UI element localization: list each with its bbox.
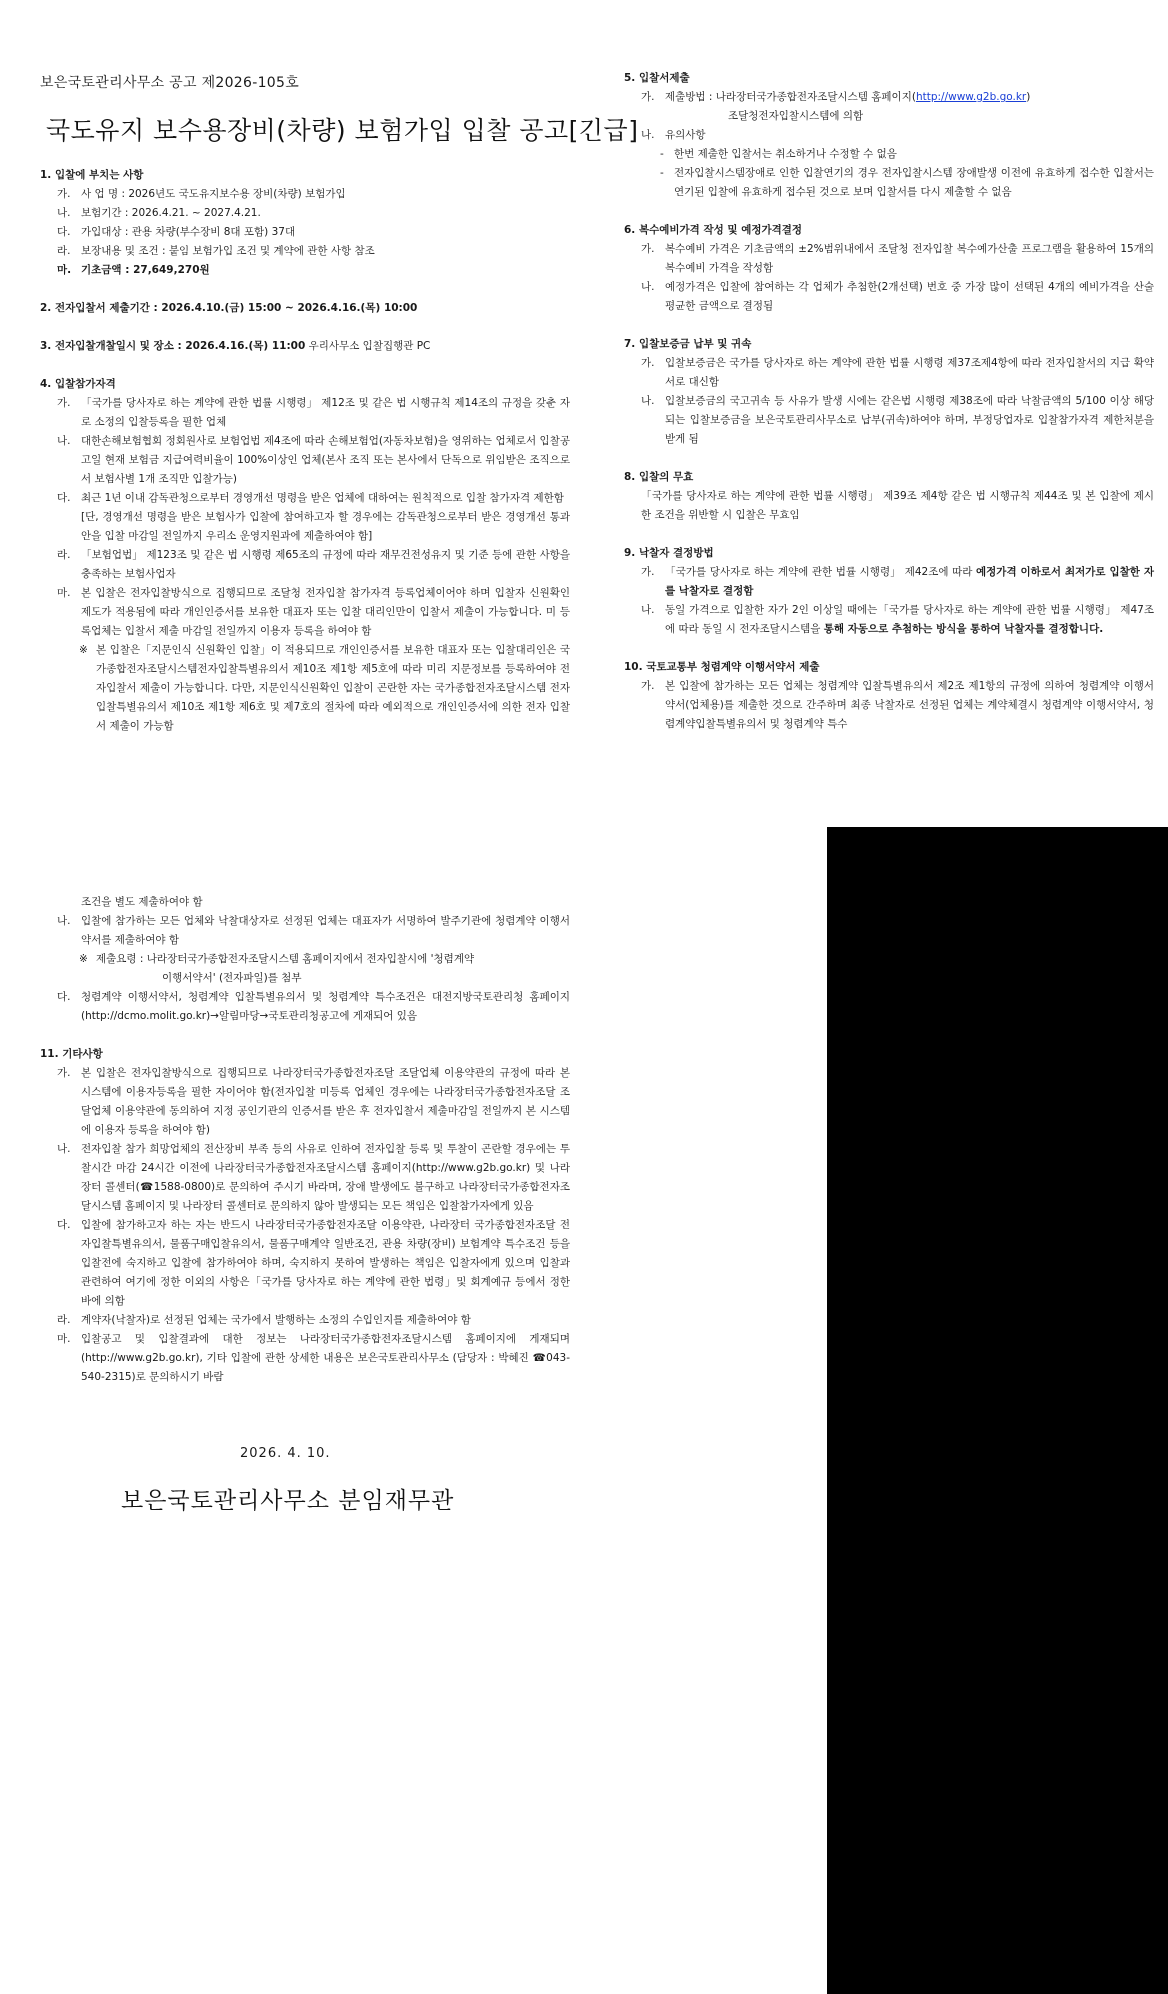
item-text: 보장내용 및 조건 : 붙임 보험가입 조건 및 계약에 관한 사항 참조 <box>81 242 570 261</box>
item-marker: 나. <box>641 601 665 639</box>
item-marker: 나. <box>57 912 81 950</box>
item-marker: 가. <box>641 88 665 107</box>
item-text: [단, 경영개선 명령을 받은 보험사가 입찰에 참여하고자 할 경우에는 감독… <box>81 508 570 546</box>
item-text: 입찰보증금은 국가를 당사자로 하는 계약에 관한 법률 시행령 제37조제4항… <box>665 354 1154 392</box>
item-marker: 가. <box>57 185 81 204</box>
item-text: 전자입찰 참가 희망업체의 전산장비 부족 등의 사유로 인하여 전자입찰 등록… <box>81 1140 570 1216</box>
base-amount-item: 마.기초금액 : 27,649,270원 <box>40 261 570 280</box>
section-5: 5. 입찰서제출 가. 제출방법 : 나라장터국가종합전자조달시스템 홈페이지(… <box>624 69 1154 202</box>
section-title: 5. 입찰서제출 <box>624 69 1154 88</box>
item-marker: 다. <box>57 1216 81 1311</box>
list-item: 마.본 입찰은 전자입찰방식으로 집행되므로 조달청 전자입찰 참가자격 등록업… <box>40 584 570 641</box>
item-marker <box>57 508 81 546</box>
list-item-note: [단, 경영개선 명령을 받은 보험사가 입찰에 참여하고자 할 경우에는 감독… <box>40 508 570 546</box>
list-item: 나.예정가격은 입찰에 참여하는 각 업체가 추첨한(2개선택) 번호 중 가장… <box>624 278 1154 316</box>
item-text: 대한손해보험협회 정회원사로 보험업법 제4조에 따라 손해보험업(자동차보험)… <box>81 432 570 489</box>
item-text: 동일 가격으로 입찰한 자가 2인 이상일 때에는「국가를 당사자로 하는 계약… <box>665 601 1154 639</box>
item-text: 보험기간 : 2026.4.21. ~ 2027.4.21. <box>81 204 570 223</box>
list-item: 가.사 업 명 : 2026년도 국도유지보수용 장비(차량) 보험가입 <box>40 185 570 204</box>
item-text: 예정가격은 입찰에 참여하는 각 업체가 추첨한(2개선택) 번호 중 가장 많… <box>665 278 1154 316</box>
list-item: 가.본 입찰에 참가하는 모든 업체는 청렴계약 입찰특별유의서 제2조 제1항… <box>624 677 1154 734</box>
dash-item: -한번 제출한 입찰서는 취소하거나 수정할 수 없음 <box>624 145 1154 164</box>
section-title: 9. 낙찰자 결정방법 <box>624 544 1154 563</box>
section-4: 4. 입찰참가자격 가.「국가를 당사자로 하는 계약에 관한 법률 시행령」 … <box>40 375 570 736</box>
left-column-page2: 조건을 별도 제출하여야 함 나.입찰에 참가하는 모든 업체와 낙찰대상자로 … <box>40 893 570 1406</box>
item-text: 입찰보증금의 국고귀속 등 사유가 발생 시에는 같은법 시행령 제38조에 따… <box>665 392 1154 449</box>
item-text-plain: 「국가를 당사자로 하는 계약에 관한 법률 시행령」 제42조에 따라 <box>665 566 976 578</box>
item-marker: 가. <box>57 394 81 432</box>
list-item: 다.청렴계약 이행서약서, 청렴계약 입찰특별유의서 및 청렴계약 특수조건은 … <box>40 988 570 1026</box>
section-10: 10. 국토교통부 청렴계약 이행서약서 제출 가.본 입찰에 참가하는 모든 … <box>624 658 1154 734</box>
black-redaction-block <box>827 827 1168 1994</box>
section-8: 8. 입찰의 무효 「국가를 당사자로 하는 계약에 관한 법률 시행령」 제3… <box>624 468 1154 525</box>
dash-icon: - <box>660 145 674 164</box>
section-1: 1. 입찰에 부치는 사항 가.사 업 명 : 2026년도 국도유지보수용 장… <box>40 166 570 280</box>
item-text: 유의사항 <box>665 126 1154 145</box>
item-text: 입찰공고 및 입찰결과에 대한 정보는 나라장터국가종합전자조달시스템 홈페이지… <box>81 1330 570 1387</box>
section-3: 3. 전자입찰개찰일시 및 장소 : 2026.4.16.(목) 11:00 우… <box>40 337 570 356</box>
item-text: 「국가를 당사자로 하는 계약에 관한 법률 시행령」 제12조 및 같은 법 … <box>81 394 570 432</box>
section-7: 7. 입찰보증금 납부 및 귀속 가.입찰보증금은 국가를 당사자로 하는 계약… <box>624 335 1154 449</box>
item-marker: 나. <box>57 432 81 489</box>
section-title: 1. 입찰에 부치는 사항 <box>40 166 570 185</box>
signer-title: 보은국토관리사무소 분임재무관 <box>121 1482 454 1515</box>
fingerprint-note: ※본 입찰은「지문인식 신원확인 입찰」이 적용되므로 개인인증서를 보유한 대… <box>40 641 570 736</box>
item-marker: 가. <box>641 354 665 392</box>
list-item: 나.입찰보증금의 국고귀속 등 사유가 발생 시에는 같은법 시행령 제38조에… <box>624 392 1154 449</box>
item-text: 입찰에 참가하는 모든 업체와 낙찰대상자로 선정된 업체는 대표자가 서명하여… <box>81 912 570 950</box>
item-text: 본 입찰은 전자입찰방식으로 집행되므로 조달청 전자입찰 참가자격 등록업체이… <box>81 584 570 641</box>
section-6: 6. 복수예비가격 작성 및 예정가격결정 가.복수예비 가격은 기초금액의 ±… <box>624 221 1154 316</box>
list-item: 라.「보험업법」 제123조 및 같은 법 시행령 제65조의 규정에 따라 재… <box>40 546 570 584</box>
item-text: 전자입찰시스템장애로 인한 입찰연기의 경우 전자입찰시스템 장애발생 이전에 … <box>674 164 1154 202</box>
reference-mark-icon: ※ <box>79 641 96 736</box>
section-title: 11. 기타사항 <box>40 1045 570 1064</box>
section-title: 6. 복수예비가격 작성 및 예정가격결정 <box>624 221 1154 240</box>
section-9: 9. 낙찰자 결정방법 가.「국가를 당사자로 하는 계약에 관한 법률 시행령… <box>624 544 1154 639</box>
item-marker: 다. <box>57 988 81 1026</box>
item-text: 계약자(낙찰자)로 선정된 업체는 국가에서 발행하는 소정의 수입인지를 제출… <box>81 1311 570 1330</box>
item-text: 본 입찰에 참가하는 모든 업체는 청렴계약 입찰특별유의서 제2조 제1항의 … <box>665 677 1154 734</box>
section-title: 3. 전자입찰개찰일시 및 장소 : 2026.4.16.(목) 11:00 <box>40 340 305 352</box>
list-item: 나.동일 가격으로 입찰한 자가 2인 이상일 때에는「국가를 당사자로 하는 … <box>624 601 1154 639</box>
item-marker: 나. <box>57 1140 81 1216</box>
right-column-page1: 5. 입찰서제출 가. 제출방법 : 나라장터국가종합전자조달시스템 홈페이지(… <box>624 69 1154 753</box>
list-item: 다.가입대상 : 관용 차량(부수장비 8대 포함) 37대 <box>40 223 570 242</box>
list-item: 가.복수예비 가격은 기초금액의 ±2%범위내에서 조달청 전자입찰 복수예가산… <box>624 240 1154 278</box>
g2b-link[interactable]: http://www.g2b.go.kr <box>916 91 1026 103</box>
section-2: 2. 전자입찰서 제출기간 : 2026.4.10.(금) 15:00 ~ 20… <box>40 299 570 318</box>
item-text: 청렴계약 이행서약서, 청렴계약 입찰특별유의서 및 청렴계약 특수조건은 대전… <box>81 988 570 1026</box>
list-item: 가.「국가를 당사자로 하는 계약에 관한 법률 시행령」 제12조 및 같은 … <box>40 394 570 432</box>
item-text-emphasis: 통해 자동으로 추첨하는 방식을 통하여 낙찰자를 결정합니다. <box>824 623 1104 635</box>
list-item: 가.「국가를 당사자로 하는 계약에 관한 법률 시행령」 제42조에 따라 예… <box>624 563 1154 601</box>
item-marker: 다. <box>57 223 81 242</box>
list-item: 나.전자입찰 참가 희망업체의 전산장비 부족 등의 사유로 인하여 전자입찰 … <box>40 1140 570 1216</box>
document-title: 국도유지 보수용장비(차량) 보험가입 입찰 공고[긴급] <box>46 111 638 147</box>
section-title: 7. 입찰보증금 납부 및 귀속 <box>624 335 1154 354</box>
list-item: 나.입찰에 참가하는 모든 업체와 낙찰대상자로 선정된 업체는 대표자가 서명… <box>40 912 570 950</box>
item-text: 「국가를 당사자로 하는 계약에 관한 법률 시행령」 제42조에 따라 예정가… <box>665 563 1154 601</box>
item-continuation: 조건을 별도 제출하여야 함 <box>40 893 570 912</box>
section-title-rest: 우리사무소 입찰집행관 PC <box>305 340 430 352</box>
reference-mark-icon: ※ <box>79 950 96 969</box>
item-marker: 마. <box>57 1330 81 1387</box>
list-item: 라.보장내용 및 조건 : 붙임 보험가입 조건 및 계약에 관한 사항 참조 <box>40 242 570 261</box>
list-item: 가. 제출방법 : 나라장터국가종합전자조달시스템 홈페이지(http://ww… <box>624 88 1154 107</box>
dash-item: -전자입찰시스템장애로 인한 입찰연기의 경우 전자입찰시스템 장애발생 이전에… <box>624 164 1154 202</box>
item-marker: 다. <box>57 489 81 508</box>
section-text: 「국가를 당사자로 하는 계약에 관한 법률 시행령」 제39조 제4항 같은 … <box>624 487 1154 525</box>
item-marker: 나. <box>57 204 81 223</box>
notice-number: 보은국토관리사무소 공고 제2026-105호 <box>40 72 299 92</box>
item-marker: 가. <box>641 240 665 278</box>
item-marker: 마. <box>57 584 81 641</box>
item-marker: 마. <box>57 261 81 280</box>
item-marker: 라. <box>57 242 81 261</box>
item-text: 제출방법 : 나라장터국가종합전자조달시스템 홈페이지(http://www.g… <box>665 88 1154 107</box>
left-column-page1: 1. 입찰에 부치는 사항 가.사 업 명 : 2026년도 국도유지보수용 장… <box>40 166 570 755</box>
section-title: 10. 국토교통부 청렴계약 이행서약서 제출 <box>624 658 1154 677</box>
item-text: 「보험업법」 제123조 및 같은 법 시행령 제65조의 규정에 따라 재무건… <box>81 546 570 584</box>
section-10-continued: 조건을 별도 제출하여야 함 나.입찰에 참가하는 모든 업체와 낙찰대상자로 … <box>40 893 570 1026</box>
item-marker: 가. <box>641 563 665 601</box>
list-item: 가.본 입찰은 전자입찰방식으로 집행되므로 나라장터국가종합전자조달 조달업체… <box>40 1064 570 1140</box>
paren-close: ) <box>1026 91 1030 103</box>
item-continuation: 조달청전자입찰시스템에 의함 <box>624 107 1154 126</box>
note-text: 제출요령 : 나라장터국가종합전자조달시스템 홈페이지에서 전자입찰시에 '청렴… <box>96 950 570 969</box>
submission-method-label: 제출방법 : 나라장터국가종합전자조달시스템 홈페이지( <box>665 91 916 103</box>
item-marker: 나. <box>641 278 665 316</box>
section-title: 8. 입찰의 무효 <box>624 468 1154 487</box>
list-item: 가.입찰보증금은 국가를 당사자로 하는 계약에 관한 법률 시행령 제37조제… <box>624 354 1154 392</box>
item-text: 사 업 명 : 2026년도 국도유지보수용 장비(차량) 보험가입 <box>81 185 570 204</box>
item-marker: 라. <box>57 546 81 584</box>
item-text: 가입대상 : 관용 차량(부수장비 8대 포함) 37대 <box>81 223 570 242</box>
list-item: 라.계약자(낙찰자)로 선정된 업체는 국가에서 발행하는 소정의 수입인지를 … <box>40 1311 570 1330</box>
section-title: 4. 입찰참가자격 <box>40 375 570 394</box>
item-text: 복수예비 가격은 기초금액의 ±2%범위내에서 조달청 전자입찰 복수예가산출 … <box>665 240 1154 278</box>
list-item: 나.유의사항 <box>624 126 1154 145</box>
item-marker: 나. <box>641 126 665 145</box>
section-title: 2. 전자입찰서 제출기간 : 2026.4.10.(금) 15:00 ~ 20… <box>40 299 570 318</box>
item-text: 최근 1년 이내 감독관청으로부터 경영개선 명령을 받은 업체에 대하여는 원… <box>81 489 570 508</box>
item-marker: 가. <box>57 1064 81 1140</box>
item-text: 본 입찰은 전자입찰방식으로 집행되므로 나라장터국가종합전자조달 조달업체 이… <box>81 1064 570 1140</box>
item-marker: 라. <box>57 1311 81 1330</box>
list-item: 마.입찰공고 및 입찰결과에 대한 정보는 나라장터국가종합전자조달시스템 홈페… <box>40 1330 570 1387</box>
item-marker: 나. <box>641 392 665 449</box>
list-item: 다.입찰에 참가하고자 하는 자는 반드시 나라장터국가종합전자조달 이용약관,… <box>40 1216 570 1311</box>
list-item: 다.최근 1년 이내 감독관청으로부터 경영개선 명령을 받은 업체에 대하여는… <box>40 489 570 508</box>
note-continuation: 이행서약서' (전자파일)를 첨부 <box>40 969 570 988</box>
item-marker: 가. <box>641 677 665 734</box>
list-item: 나.대한손해보험협회 정회원사로 보험업법 제4조에 따라 손해보험업(자동차보… <box>40 432 570 489</box>
base-amount: 기초금액 : 27,649,270원 <box>81 261 570 280</box>
item-text: 한번 제출한 입찰서는 취소하거나 수정할 수 없음 <box>674 145 1154 164</box>
section-11: 11. 기타사항 가.본 입찰은 전자입찰방식으로 집행되므로 나라장터국가종합… <box>40 1045 570 1387</box>
notice-date: 2026. 4. 10. <box>240 1446 331 1461</box>
item-text: 입찰에 참가하고자 하는 자는 반드시 나라장터국가종합전자조달 이용약관, 나… <box>81 1216 570 1311</box>
submission-note: ※제출요령 : 나라장터국가종합전자조달시스템 홈페이지에서 전자입찰시에 '청… <box>40 950 570 969</box>
note-text: 본 입찰은「지문인식 신원확인 입찰」이 적용되므로 개인인증서를 보유한 대표… <box>96 641 570 736</box>
dash-icon: - <box>660 164 674 202</box>
list-item: 나.보험기간 : 2026.4.21. ~ 2027.4.21. <box>40 204 570 223</box>
